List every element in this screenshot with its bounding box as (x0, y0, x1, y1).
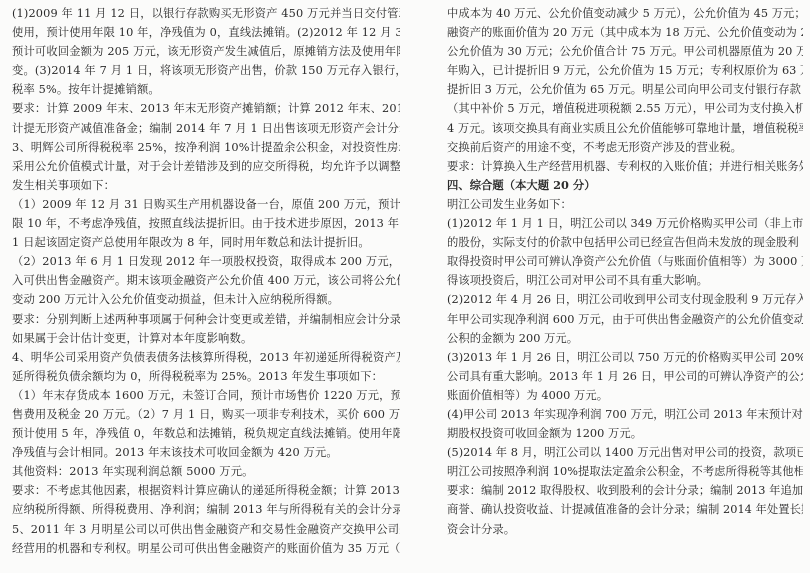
text-line: 净残值与会计相同。2013 年末该技术可收回金额为 420 万元。 (12, 443, 400, 462)
text-line: 采用公允价值模式计量，对于会计差错涉及到的应交所得税，均允许予以调整。 (12, 157, 400, 176)
text-line: （2）2013 年 6 月 1 日发现 2012 年一项股权投资，取得成本 20… (12, 252, 400, 271)
text-line: 变。(3)2014 年 7 月 1 日，将该项无形资产出售，价款 150 万元存… (12, 61, 400, 80)
text-line: 公积的金额为 200 万元。 (447, 329, 803, 348)
text-line: (3)2013 年 1 月 26 日，明江公司以 750 万元的价格购买甲公司 … (447, 348, 803, 367)
requirement-line: 商誉、确认投资收益、计提减值准备的会计分录；编制 2014 年处置长期股权投 (447, 500, 803, 519)
text-line: (4)甲公司 2013 年实现净利润 700 万元，明江公司 2013 年末预计… (447, 405, 803, 424)
requirement-line: 要求：计算换入生产经营用机器、专利权的入账价值；并进行相关账务处理。 (447, 157, 803, 176)
text-line: 税率 5%。按年计提摊销额。 (12, 80, 400, 99)
text-line: (5)2014 年 8 月，明江公司以 1400 万元出售对甲公司的投资，款项已… (447, 443, 803, 462)
text-line: 售费用及税金 20 万元。（2）7 月 1 日，购买一项非专利技术，买价 600… (12, 405, 400, 424)
text-line: 公允价值为 30 万元；公允价值合计 75 万元。甲公司机器原值为 20 万元，… (447, 42, 803, 61)
question-3-start: 3、明辉公司所得税税率 25%，按净利润 10%计提盈余公积金，对投资性房地产均 (12, 138, 400, 157)
text-line: 限 10 年，不考虑净残值，按照直线法提折旧。由于技术进步原因，2013 年 1… (12, 214, 400, 233)
text-line: 取得投资时甲公司可辨认净资产公允价值（与账面价值相等）为 3000 万元，取 (447, 252, 803, 271)
text-line: 明江公司按照净利润 10%提取法定盈余公积金，不考虑所得税等其他相关因素。 (447, 462, 803, 481)
text-line: 发生相关事项如下： (12, 176, 400, 195)
text-line: （其中补价 5 万元，增值税进项税额 2.55 万元），甲公司为支付换入机器运费 (447, 99, 803, 118)
requirement-line: 要求：不考虑其他因素，根据资料计算应确认的递延所得税金额；计算 2013 年 (12, 481, 400, 500)
text-line: 得该项投资后，明江公司对甲公司不具有重大影响。 (447, 271, 803, 290)
text-line: 账面价值相等）为 4000 万元。 (447, 386, 803, 405)
requirement-line: 要求：编制 2012 取得股权、收到股利的会计分录；编制 2013 年追加投资、… (447, 481, 803, 500)
text-line: （1）2009 年 12 月 31 日购买生产用机器设备一台，原值 200 万元… (12, 195, 400, 214)
requirement-line: 应纳税所得额、所得税费用、净利润；编制 2013 年与所得税有关的会计分录。 (12, 500, 400, 519)
text-line: 4 万元。该项交换具有商业实质且公允价值能够可靠地计量，增值税税率 17%， (447, 119, 803, 138)
text-line: 明江公司发生业务如下： (447, 195, 803, 214)
right-column: 中成本为 40 万元、公允价值变动减少 5 万元），公允价值为 45 万元；交易… (447, 4, 803, 539)
requirement-line: 要求：计算 2009 年末、2013 年末无形资产摊销额；计算 2012 年末、… (12, 99, 400, 118)
text-line: 年购入，已计提折旧 9 万元，公允价值为 15 万元；专利权原价为 63 万元，… (447, 61, 803, 80)
text-line: 入可供出售金融资产。期末该项金融资产公允价值 400 万元，该公司将公允价值 (12, 271, 400, 290)
text-line: 变动 200 万元计入公允价值变动损益，但未计入应纳税所得额。 (12, 290, 400, 309)
text-line: （1）年末存货成本 1600 万元，未签订合同，预计市场售价 1220 万元，预… (12, 386, 400, 405)
requirement-line: 如果属于会计估计变更，计算对本年度影响数。 (12, 329, 400, 348)
exam-page: (1)2009 年 11 月 12 日，以银行存款购买无形资产 450 万元并当… (0, 0, 810, 573)
text-line: 使用，预计使用年限 10 年，净残值为 0，直线法摊销。(2)2012 年 12… (12, 23, 400, 42)
text-line: 预计使用 5 年，净残值 0，年数总和法摊销，税负规定直线法摊销。使用年限、 (12, 424, 400, 443)
text-line: 期股权投资可收回金额为 1200 万元。 (447, 424, 803, 443)
requirement-line: 要求：分别判断上述两种事项属于何种会计变更或差错，并编制相应会计分录。 (12, 310, 400, 329)
text-line: 预计可收回金额为 205 万元，该无形资产发生减值后，原摊销方法及使用年限不 (12, 42, 400, 61)
text-line: 中成本为 40 万元、公允价值变动减少 5 万元），公允价值为 45 万元；交易… (447, 4, 803, 23)
text-line: 融资产的账面价值为 20 万元（其中成本为 18 万元、公允价值变动为 2 万元… (447, 23, 803, 42)
text-line: 的股份，实际支付的价款中包括甲公司已经宣告但尚未发放的现金股利 9 万元， (447, 233, 803, 252)
text-line: 其他资料：2013 年实现利润总额 5000 万元。 (12, 462, 400, 481)
text-line: (1)2009 年 11 月 12 日，以银行存款购买无形资产 450 万元并当… (12, 4, 400, 23)
text-line: 公司具有重大影响。2013 年 1 月 26 日，甲公司的可辨认净资产的公允价值… (447, 367, 803, 386)
question-5-start: 5、2011 年 3 月明星公司以可供出售金融资产和交易性金融资产交换甲公司生产 (12, 520, 400, 539)
text-line: 交换前后资产的用途不变，不考虑无形资产涉及的营业税。 (447, 138, 803, 157)
section-heading: 四、综合题（本大题 20 分） (447, 176, 803, 195)
text-line: 提折旧 3 万元，公允价值为 65 万元。明星公司向甲公司支付银行存款 7.55… (447, 80, 803, 99)
text-line: 延所得税负债余额均为 0，所得税税率为 25%。2013 年发生事项如下： (12, 367, 400, 386)
requirement-line: 资会计分录。 (447, 520, 803, 539)
text-line: 年甲公司实现净利润 600 万元，由于可供出售金融资产的公允价值变动计入资本 (447, 310, 803, 329)
text-line: 经营用的机器和专利权。明星公司可供出售金融资产的账面价值为 35 万元（其 (12, 539, 400, 558)
text-line: (1)2012 年 1 月 1 日，明江公司以 349 万元价格购买甲公司（非上… (447, 214, 803, 233)
requirement-line: 计提无形资产减值准备金；编制 2014 年 7 月 1 日出售该项无形资产会计分… (12, 119, 400, 138)
text-line: (2)2012 年 4 月 26 日，明江公司收到甲公司支付现金股利 9 万元存… (447, 290, 803, 309)
left-column: (1)2009 年 11 月 12 日，以银行存款购买无形资产 450 万元并当… (12, 4, 400, 558)
text-line: 1 日起该固定资产总使用年限改为 8 年，同时用年数总和法计提折旧。 (12, 233, 400, 252)
question-4-start: 4、明华公司采用资产负债表债务法核算所得税，2013 年初递延所得税资产及递 (12, 348, 400, 367)
